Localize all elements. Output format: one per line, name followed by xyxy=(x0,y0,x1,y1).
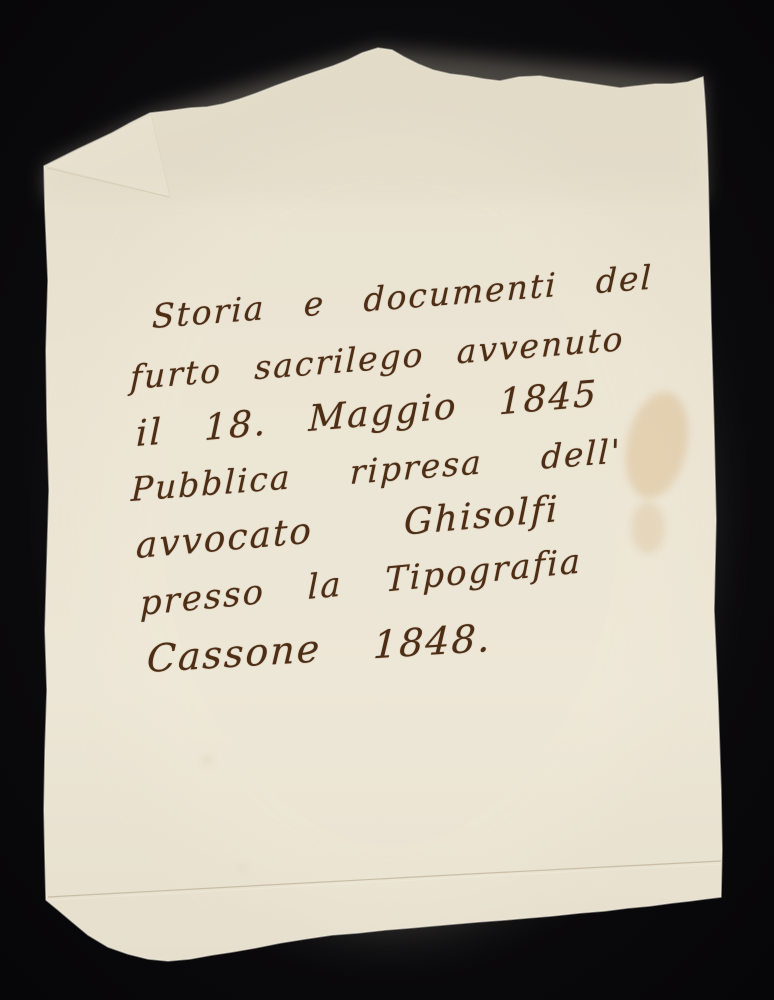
stain-speck-2 xyxy=(238,864,246,872)
top-edge-shading xyxy=(45,48,705,200)
paper-fragment-graphic xyxy=(0,0,774,1000)
stain-speck xyxy=(202,755,212,765)
photograph-of-manuscript: Storia e documenti del furto sacrilego a… xyxy=(0,0,774,1000)
paper-sheen xyxy=(90,120,690,920)
stain-small xyxy=(631,502,665,554)
